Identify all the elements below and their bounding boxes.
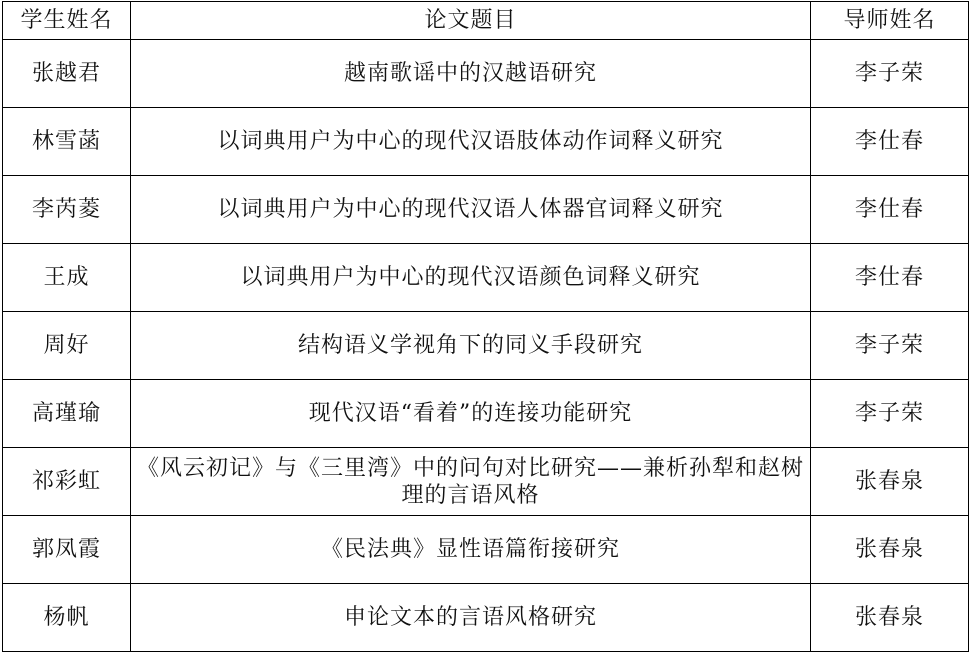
student-name-cell: 王成 <box>3 244 131 312</box>
advisor-name-cell: 张春泉 <box>811 516 969 584</box>
thesis-title-cell: 《民法典》显性语篇衔接研究 <box>131 516 811 584</box>
table-row: 祁彩虹 《风云初记》与《三里湾》中的问句对比研究——兼析孙犁和赵树理的言语风格 … <box>3 448 969 516</box>
thesis-title-cell: 申论文本的言语风格研究 <box>131 584 811 652</box>
thesis-title-cell: 现代汉语“看着”的连接功能研究 <box>131 380 811 448</box>
student-name-cell: 张越君 <box>3 40 131 108</box>
advisor-name-cell: 李仕春 <box>811 176 969 244</box>
advisor-name-cell: 李仕春 <box>811 244 969 312</box>
thesis-title-cell: 以词典用户为中心的现代汉语颜色词释义研究 <box>131 244 811 312</box>
header-thesis-title: 论文题目 <box>131 2 811 40</box>
thesis-table: 学生姓名 论文题目 导师姓名 张越君 越南歌谣中的汉越语研究 李子荣 林雪菡 以… <box>2 1 969 652</box>
student-name-cell: 祁彩虹 <box>3 448 131 516</box>
student-name-cell: 杨帆 <box>3 584 131 652</box>
student-name-cell: 周好 <box>3 312 131 380</box>
table-row: 周好 结构语义学视角下的同义手段研究 李子荣 <box>3 312 969 380</box>
table-row: 王成 以词典用户为中心的现代汉语颜色词释义研究 李仕春 <box>3 244 969 312</box>
header-student-name: 学生姓名 <box>3 2 131 40</box>
advisor-name-cell: 李子荣 <box>811 380 969 448</box>
table-row: 李芮菱 以词典用户为中心的现代汉语人体器官词释义研究 李仕春 <box>3 176 969 244</box>
student-name-cell: 林雪菡 <box>3 108 131 176</box>
header-advisor-name: 导师姓名 <box>811 2 969 40</box>
table-row: 高瑾瑜 现代汉语“看着”的连接功能研究 李子荣 <box>3 380 969 448</box>
student-name-cell: 郭凤霞 <box>3 516 131 584</box>
thesis-title-cell: 以词典用户为中心的现代汉语人体器官词释义研究 <box>131 176 811 244</box>
student-name-cell: 李芮菱 <box>3 176 131 244</box>
advisor-name-cell: 李仕春 <box>811 108 969 176</box>
advisor-name-cell: 李子荣 <box>811 40 969 108</box>
thesis-title-cell: 《风云初记》与《三里湾》中的问句对比研究——兼析孙犁和赵树理的言语风格 <box>131 448 811 516</box>
thesis-title-cell: 以词典用户为中心的现代汉语肢体动作词释义研究 <box>131 108 811 176</box>
thesis-title-cell: 越南歌谣中的汉越语研究 <box>131 40 811 108</box>
advisor-name-cell: 李子荣 <box>811 312 969 380</box>
table-row: 杨帆 申论文本的言语风格研究 张春泉 <box>3 584 969 652</box>
student-name-cell: 高瑾瑜 <box>3 380 131 448</box>
table-row: 林雪菡 以词典用户为中心的现代汉语肢体动作词释义研究 李仕春 <box>3 108 969 176</box>
thesis-title-cell: 结构语义学视角下的同义手段研究 <box>131 312 811 380</box>
table-header-row: 学生姓名 论文题目 导师姓名 <box>3 2 969 40</box>
table-row: 郭凤霞 《民法典》显性语篇衔接研究 张春泉 <box>3 516 969 584</box>
advisor-name-cell: 张春泉 <box>811 584 969 652</box>
table-row: 张越君 越南歌谣中的汉越语研究 李子荣 <box>3 40 969 108</box>
advisor-name-cell: 张春泉 <box>811 448 969 516</box>
